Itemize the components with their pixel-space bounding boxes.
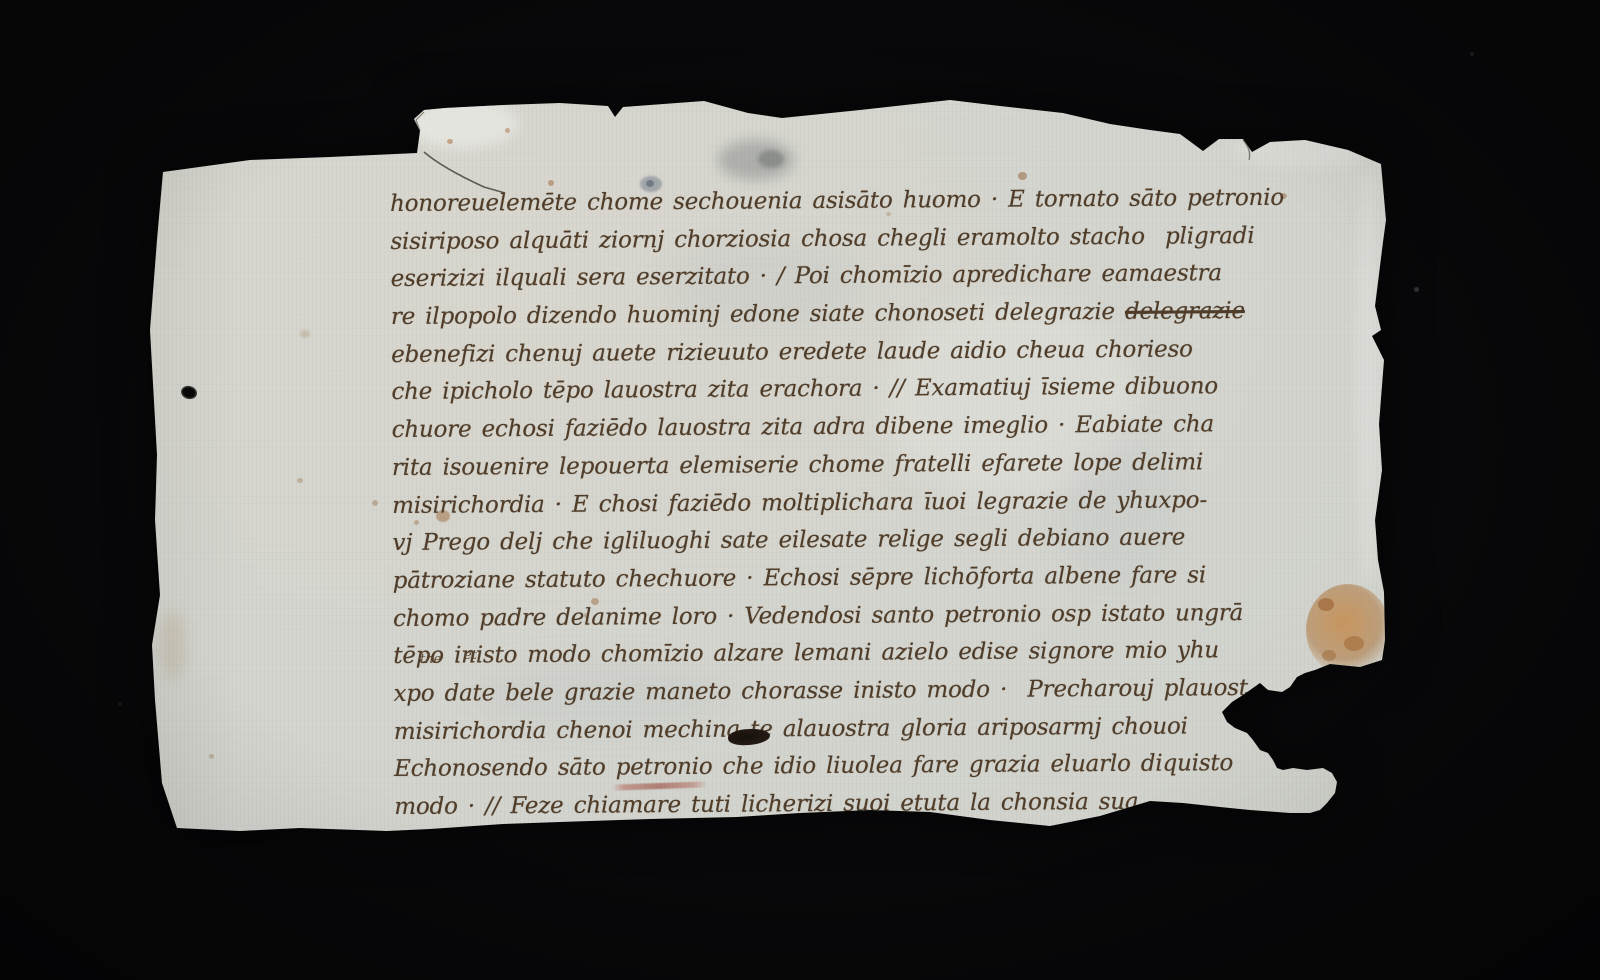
- line-text: misirichordia chenoi mechina te alauostr…: [394, 713, 1188, 745]
- manuscript-line: sisiriposo alquāti ziornj chorziosia cho…: [390, 218, 1220, 261]
- line-text: eserizizi ilquali sera eserzitato · / Po…: [391, 261, 1222, 293]
- line-text: Echonosendo sāto petronio che idio liuol…: [394, 750, 1233, 782]
- manuscript-line: misirichordia · E chosi faziēdo moltipli…: [392, 482, 1222, 525]
- line-text: rita isouenire lepouerta elemiserie chom…: [392, 449, 1203, 481]
- line-text: chuore echosi faziēdo lauostra zita adra…: [392, 411, 1214, 443]
- manuscript-line: ebenefizi chenuj auete rizieuuto eredete…: [391, 331, 1221, 374]
- manuscript-line: misirichordia chenoi mechina te alauostr…: [394, 708, 1224, 751]
- line-text: honoreuelemēte chome sechouenia asisāto …: [390, 185, 1284, 217]
- line-text: S lo: [395, 831, 442, 857]
- interlinear-note: et: [464, 648, 477, 663]
- line-text: vj Prego delj che igliluoghi sate eilesa…: [392, 525, 1185, 557]
- line-text: xpo date bele grazie maneto chorasse ini…: [393, 675, 1247, 707]
- manuscript-line: tēpo inisto modo chomīzio alzare lemani …: [393, 632, 1223, 675]
- line-text: sisiriposo alquāti ziornj chorziosia cho…: [390, 223, 1254, 255]
- parchment-sheet: honoreuelemēte chome sechouenia asisāto …: [0, 0, 1600, 980]
- manuscript-text: honoreuelemēte chome sechouenia asisāto …: [390, 180, 1225, 864]
- line-text: pātroziane statuto chechuore · Echosi sē…: [393, 562, 1206, 594]
- manuscript-line: vj Prego delj che igliluoghi sate eilesa…: [392, 519, 1222, 562]
- line-text: modo · // Feze chiamare tuti licherizi s…: [394, 789, 1138, 820]
- line-text: chomo padre delanime loro · Vedendosi sa…: [393, 600, 1243, 632]
- manuscript-line: Echonosendo sāto petronio che idio liuol…: [394, 746, 1224, 789]
- interlinear-note: the: [420, 652, 441, 667]
- manuscript-line: rita isouenire lepouerta elemiserie chom…: [392, 444, 1222, 487]
- manuscript-line: eserizizi ilquali sera eserzitato · / Po…: [391, 256, 1221, 299]
- line-text: misirichordia · E chosi faziēdo moltipli…: [392, 487, 1207, 519]
- line-text: tēpo inisto modo chomīzio alzare lemani …: [393, 637, 1219, 669]
- photo-backdrop: honoreuelemēte chome sechouenia asisāto …: [0, 0, 1600, 980]
- manuscript-fragment: honoreuelemēte chome sechouenia asisāto …: [0, 0, 1600, 980]
- manuscript-line: modo · // Feze chiamare tuti licherizi s…: [394, 783, 1224, 826]
- manuscript-line: honoreuelemēte chome sechouenia asisāto …: [390, 180, 1220, 223]
- line-text: che ipicholo tēpo lauostra zita erachora…: [391, 374, 1218, 406]
- manuscript-line: xpo date bele grazie maneto chorasse ini…: [393, 670, 1223, 713]
- manuscript-line: pātroziane statuto chechuore · Echosi sē…: [393, 557, 1223, 600]
- manuscript-line: re ilpopolo dizendo huominj edone siate …: [391, 293, 1221, 336]
- manuscript-line: che ipicholo tēpo lauostra zita erachora…: [391, 369, 1221, 412]
- line-text: re ilpopolo dizendo huominj edone siate …: [391, 299, 1125, 330]
- manuscript-line: chuore echosi faziēdo lauostra zita adra…: [392, 406, 1222, 449]
- manuscript-line: S lo: [394, 821, 1224, 864]
- manuscript-line: chomo padre delanime loro · Vedendosi sa…: [393, 595, 1223, 638]
- struck-word: delegrazie: [1125, 298, 1245, 325]
- line-text: ebenefizi chenuj auete rizieuuto eredete…: [391, 336, 1193, 368]
